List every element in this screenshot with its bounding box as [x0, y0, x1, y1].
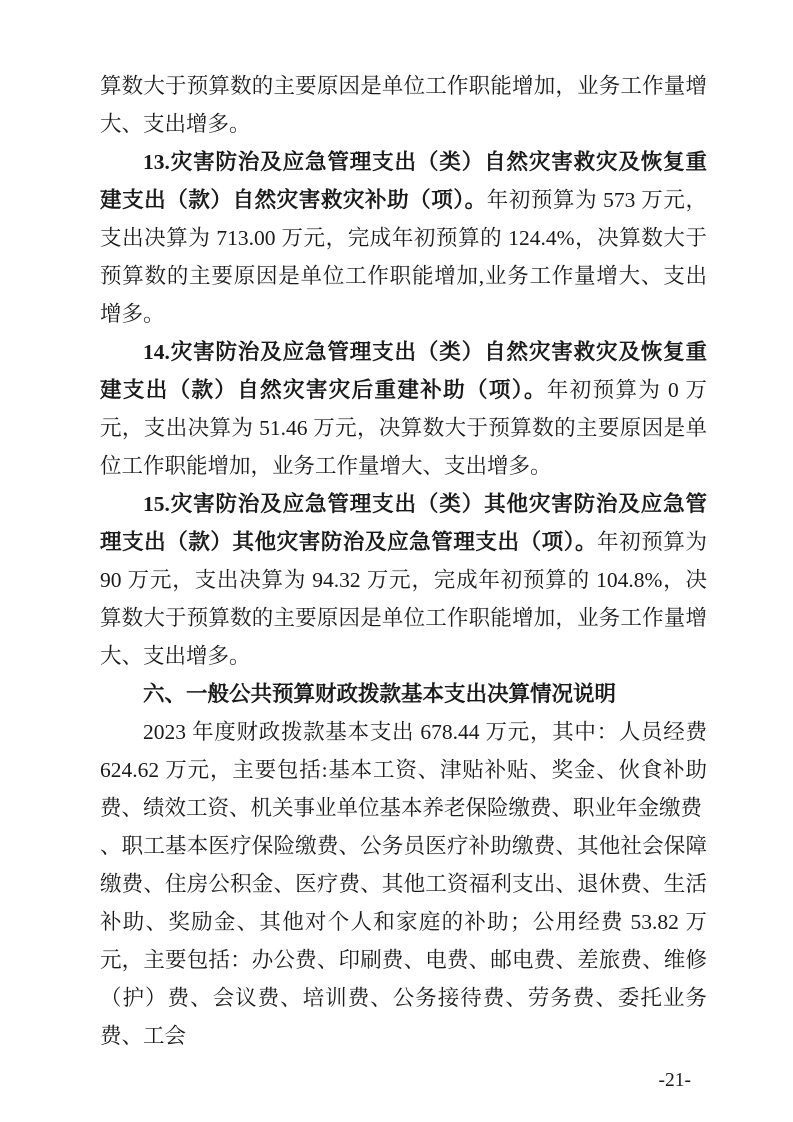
section-6-heading: 六、一般公共预算财政拨款基本支出决算情况说明: [100, 675, 707, 713]
page-number: -21-: [100, 1067, 707, 1095]
paragraph-continuation: 算数大于预算数的主要原因是单位工作职能增加，业务工作量增大、支出增多。: [100, 67, 707, 143]
document-page: 算数大于预算数的主要原因是单位工作职能增加，业务工作量增大、支出增多。 13.灾…: [0, 0, 793, 1122]
paragraph-item-14: 14.灾害防治及应急管理支出（类）自然灾害救灾及恢复重建支出（款）自然灾害灾后重…: [100, 333, 707, 485]
basic-expense-part1: 2023 年度财政拨款基本支出 678.44 万元，其中：人员经费 624.62…: [100, 720, 707, 820]
paragraph-item-13: 13.灾害防治及应急管理支出（类）自然灾害救灾及恢复重建支出（款）自然灾害救灾补…: [100, 143, 707, 333]
paragraph-basic-expense: 2023 年度财政拨款基本支出 678.44 万元，其中：人员经费 624.62…: [100, 713, 707, 1055]
basic-expense-part2: 、职工基本医疗保险缴费、公务员医疗补助缴费、其他社会保障缴费、住房公积金、医疗费…: [100, 834, 707, 1048]
paragraph-item-15: 15.灾害防治及应急管理支出（类）其他灾害防治及应急管理支出（款）其他灾害防治及…: [100, 485, 707, 675]
